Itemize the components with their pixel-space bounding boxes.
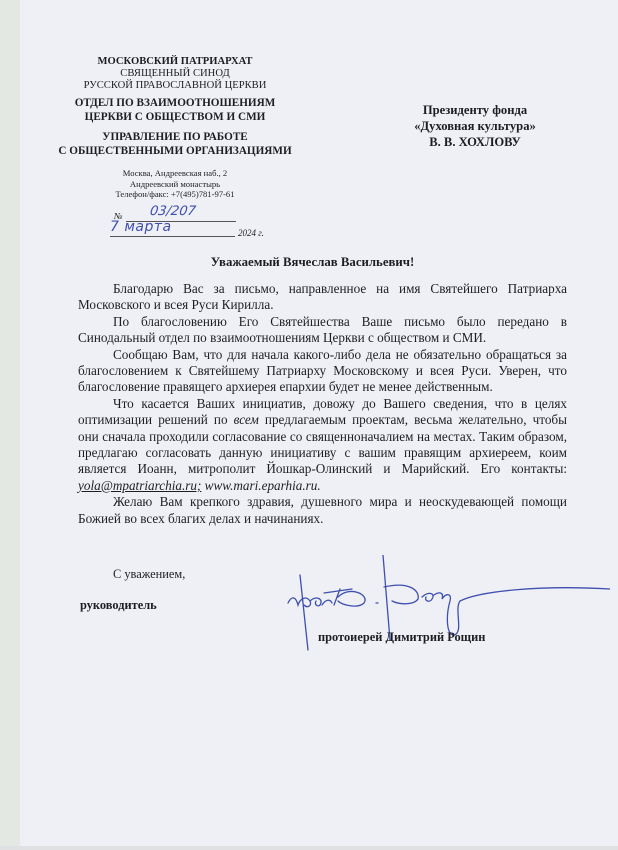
recipient-line3: В. В. ХОХЛОВУ (385, 134, 565, 150)
letter-body: Благодарю Вас за письмо, направленное на… (78, 281, 567, 527)
letterhead-phone: Телефон/факс: +7(495)781-97-61 (40, 189, 310, 200)
emphasis-all: всем (234, 412, 259, 427)
recipient-line1: Президенту фонда (385, 102, 565, 118)
paragraph-4: Что касается Ваших инициатив, довожу до … (78, 396, 567, 494)
signer-name: протоиерей Димитрий Рощин (318, 630, 485, 645)
reference-block: № 03/207 7 марта 2024 г. (110, 206, 270, 242)
letterhead-address-line2: Андреевский монастырь (40, 179, 310, 190)
letterhead-dept-line1: ОТДЕЛ ПО ВЗАИМООТНОШЕНИЯМ (40, 96, 310, 110)
paragraph-3: Сообщаю Вам, что для начала какого-либо … (78, 347, 567, 396)
recipient-block: Президенту фонда «Духовная культура» В. … (385, 102, 565, 150)
handwritten-number: 03/207 (149, 204, 197, 219)
email-link[interactable]: yola@mpatriarchia.ru; (78, 478, 201, 493)
letterhead-patriarchate: МОСКОВСКИЙ ПАТРИАРХАТ (40, 55, 310, 68)
scan-bottom-edge (0, 846, 618, 850)
closing: С уважением, (113, 567, 185, 582)
handwritten-date: 7 марта (110, 219, 172, 235)
letterhead-sub-line2: С ОБЩЕСТВЕННЫМИ ОРГАНИЗАЦИЯМИ (40, 144, 310, 158)
signer-title: руководитель (80, 598, 157, 613)
paragraph-2: По благословению Его Святейшества Ваше п… (78, 314, 567, 347)
letterhead-synod: СВЯЩЕННЫЙ СИНОД (40, 68, 310, 80)
recipient-line2: «Духовная культура» (385, 118, 565, 134)
letterhead-address-line1: Москва, Андреевская наб., 2 (40, 168, 310, 179)
website-link[interactable]: www.mari.eparhia.ru. (201, 478, 320, 493)
letterhead-church: РУССКОЙ ПРАВОСЛАВНОЙ ЦЕРКВИ (40, 80, 310, 92)
letterhead: МОСКОВСКИЙ ПАТРИАРХАТ СВЯЩЕННЫЙ СИНОД РУ… (40, 55, 310, 200)
paragraph-5: Желаю Вам крепкого здравия, душевного ми… (78, 494, 567, 527)
date-underline (110, 236, 235, 237)
letterhead-dept-line2: ЦЕРКВИ С ОБЩЕСТВОМ И СМИ (40, 110, 310, 124)
letterhead-sub-line1: УПРАВЛЕНИЕ ПО РАБОТЕ (40, 130, 310, 144)
paragraph-1: Благодарю Вас за письмо, направленное на… (78, 281, 567, 314)
date-year: 2024 г. (238, 228, 264, 238)
salutation: Уважаемый Вячеслав Васильевич! (60, 255, 565, 270)
scan-edge-strip (0, 0, 20, 850)
